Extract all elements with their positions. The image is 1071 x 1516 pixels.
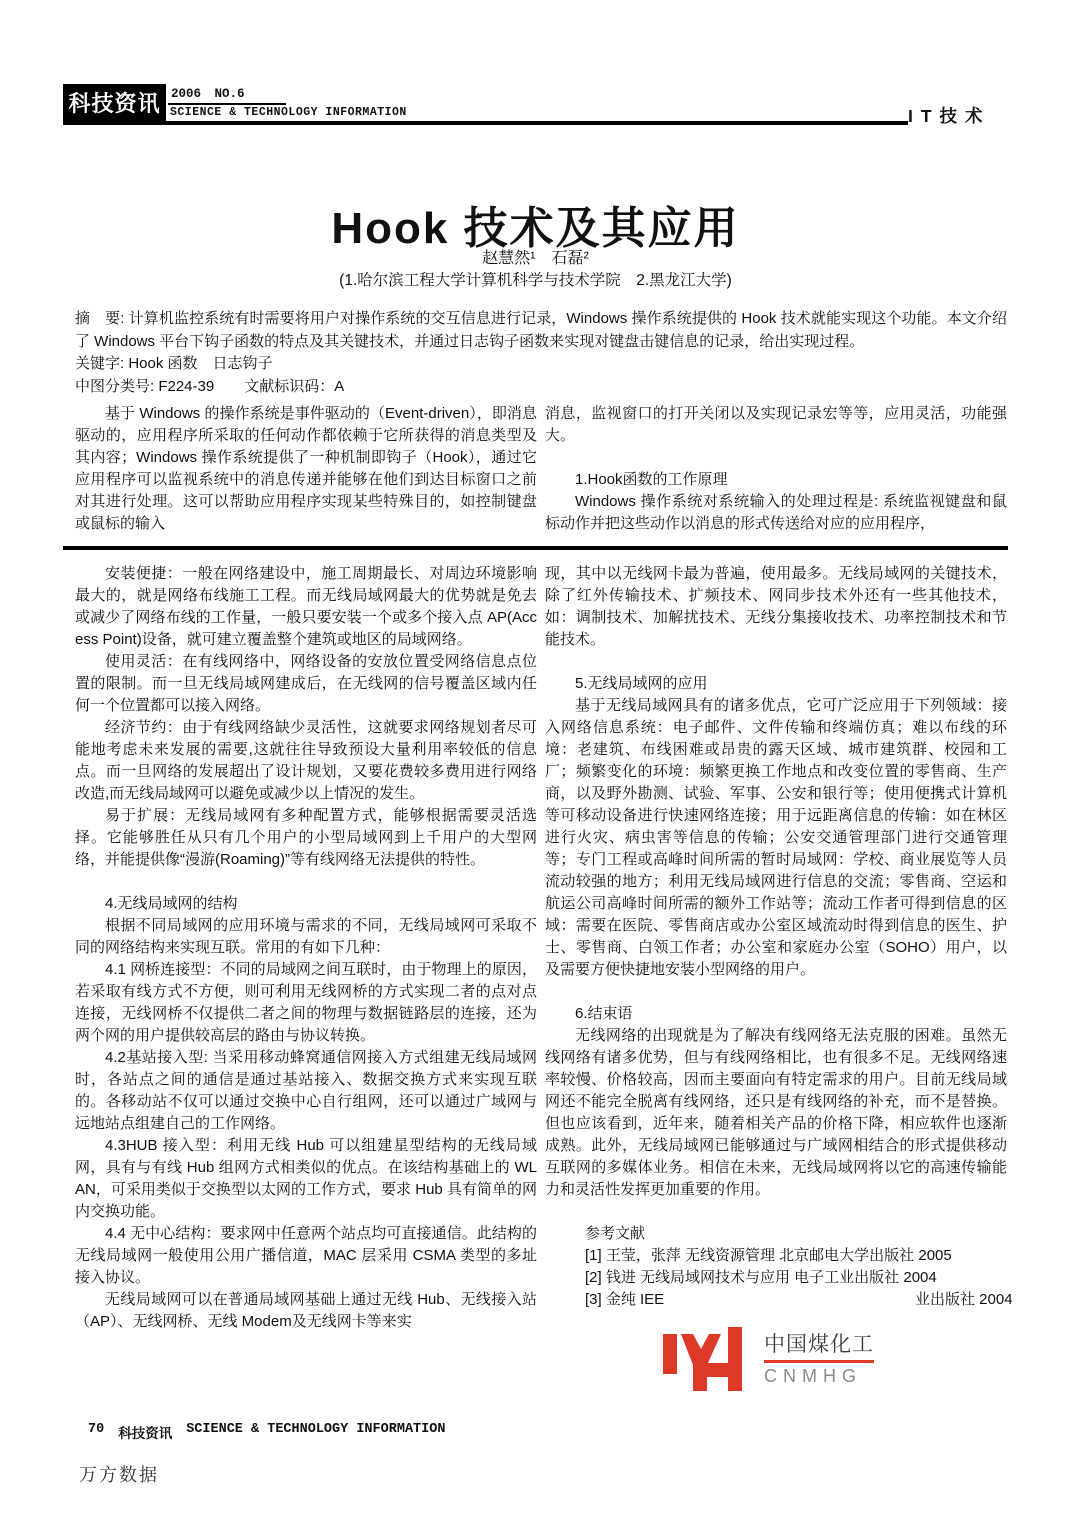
cnmhg-logo-mark-icon bbox=[662, 1327, 758, 1391]
references-title: 参考文献 bbox=[585, 1223, 1007, 1245]
section-heading-6: 6.结束语 bbox=[545, 1003, 1007, 1025]
body-left-column: 安装便捷：一般在网络建设中，施工周期最长、对周边环境影响最大的，就是网络布线施工… bbox=[75, 563, 537, 1333]
intro-continuation: 消息，监视窗口的打开关闭以及实现记录宏等等，应用灵活，功能强大。 bbox=[545, 403, 1007, 447]
reference-3-prefix: [3] 金纯 IEE bbox=[585, 1291, 664, 1308]
reference-item: [2] 钱进 无线局域网技术与应用 电子工业出版社 2004 bbox=[585, 1267, 1007, 1289]
paragraph: 4.2基站接入型: 当采用移动蜂窝通信网接入方式组建无线局域网时，各站点之间的通… bbox=[75, 1047, 537, 1135]
issue-underline bbox=[168, 103, 286, 105]
references-block: 参考文献 [1] 王莹，张萍 无线资源管理 北京邮电大学出版社 2005 [2]… bbox=[585, 1223, 1007, 1311]
journal-page: 科技资讯 2006 NO.6 SCIENCE & TECHNOLOGY INFO… bbox=[0, 0, 1071, 1516]
keywords-line: 关键字: Hook 函数 日志钩子 bbox=[75, 353, 1007, 376]
paragraph: 4.3HUB 接入型：利用无线 Hub 可以组建星型结构的无线局域网，具有与有线… bbox=[75, 1135, 537, 1223]
wanfang-watermark: 万方数据 bbox=[79, 1461, 159, 1487]
body-right-column: 现，其中以无线网卡最为普遍，使用最多。无线局域网的关键技术，除了红外传输技术、扩… bbox=[545, 563, 1007, 1311]
footer-journal-en: SCIENCE & TECHNOLOGY INFORMATION bbox=[186, 1422, 445, 1443]
abstract-text: 摘 要: 计算机监控系统有时需要将用户对操作系统的交互信息进行记录，Window… bbox=[75, 308, 1007, 353]
paragraph: 安装便捷：一般在网络建设中，施工周期最长、对周边环境影响最大的，就是网络布线施工… bbox=[75, 563, 537, 651]
journal-name-en: SCIENCE & TECHNOLOGY INFORMATION bbox=[170, 106, 407, 119]
paragraph: 易于扩展：无线局域网有多种配置方式，能够根据需要灵活选择。它能够胜任从只有几个用… bbox=[75, 805, 537, 871]
paragraph: 无线局域网可以在普通局域网基础上通过无线 Hub、无线接入站（AP）、无线网桥、… bbox=[75, 1289, 537, 1333]
reference-item: [3] 金纯 IEE 业出版社 2004 bbox=[585, 1289, 1007, 1311]
paragraph-continuation: 现，其中以无线网卡最为普遍，使用最多。无线局域网的关键技术，除了红外传输技术、扩… bbox=[545, 563, 1007, 651]
abstract-block: 摘 要: 计算机监控系统有时需要将用户对操作系统的交互信息进行记录，Window… bbox=[75, 308, 1007, 398]
intro-right-column: 消息，监视窗口的打开关闭以及实现记录宏等等，应用灵活，功能强大。 1.Hook函… bbox=[545, 403, 1007, 535]
page-number: 70 bbox=[88, 1422, 104, 1443]
cnmhg-underline bbox=[764, 1360, 874, 1363]
paragraph: 根据不同局域网的应用环境与需求的不同，无线局域网可采取不同的网络结构来实现互联。… bbox=[75, 915, 537, 959]
journal-name-cn: 科技资讯 bbox=[68, 87, 160, 118]
journal-masthead-box: 科技资讯 bbox=[63, 84, 166, 121]
header-rule bbox=[63, 121, 908, 125]
section-1-paragraph: Windows 操作系统对系统输入的处理过程是: 系统监视键盘和鼠标动作并把这些… bbox=[545, 491, 1007, 535]
reference-3-suffix: 业出版社 2004 bbox=[915, 1289, 1013, 1311]
paragraph: 4.4 无中心结构：要求网中任意两个站点均可直接通信。此结构的无线局域网一般使用… bbox=[75, 1223, 537, 1289]
classification-line: 中图分类号: F224-39 文献标识码：A bbox=[75, 376, 1007, 399]
page-footer: 70 科技资讯 SCIENCE & TECHNOLOGY INFORMATION bbox=[88, 1422, 445, 1443]
reference-item: [1] 王莹，张萍 无线资源管理 北京邮电大学出版社 2005 bbox=[585, 1245, 1007, 1267]
section-heading-1: 1.Hook函数的工作原理 bbox=[545, 469, 1007, 491]
footer-journal-cn: 科技资讯 bbox=[118, 1422, 172, 1443]
cnmhg-abbr: CNMHG bbox=[764, 1366, 874, 1387]
section-heading-5: 5.无线局域网的应用 bbox=[545, 673, 1007, 695]
article-affiliation: (1.哈尔滨工程大学计算机科学与技术学院 2.黑龙江大学) bbox=[63, 268, 1008, 290]
paragraph: 无线网络的出现就是为了解决有线网络无法克服的困难。虽然无线网络有诸多优势，但与有… bbox=[545, 1025, 1007, 1201]
paragraph: 基于无线局域网具有的诸多优点，它可广泛应用于下列领域：接入网络信息系统：电子邮件… bbox=[545, 695, 1007, 981]
paragraph: 经济节约：由于有线网络缺少灵活性，这就要求网络规划者尽可能地考虑未来发展的需要,… bbox=[75, 717, 537, 805]
article-authors: 赵慧然¹ 石磊² bbox=[63, 245, 1008, 268]
paragraph: 使用灵活：在有线网络中，网络设备的安放位置受网络信息点位置的限制。而一旦无线局域… bbox=[75, 651, 537, 717]
cnmhg-company-name: 中国煤化工 bbox=[764, 1328, 874, 1358]
paragraph: 4.1 网桥连接型：不同的局域网之间互联时，由于物理上的原因，若采取有线方式不方… bbox=[75, 959, 537, 1047]
intro-left-column: 基于 Windows 的操作系统是事件驱动的（Event-driven），即消息… bbox=[75, 403, 537, 535]
cnmhg-logo-text: 中国煤化工 CNMHG bbox=[764, 1328, 874, 1387]
section-heading-4: 4.无线局域网的结构 bbox=[75, 893, 537, 915]
journal-issue: 2006 NO.6 bbox=[171, 87, 245, 101]
intro-paragraph: 基于 Windows 的操作系统是事件驱动的（Event-driven），即消息… bbox=[75, 403, 537, 535]
cnmhg-logo: 中国煤化工 CNMHG bbox=[656, 1324, 884, 1396]
column-category: IT技术 bbox=[908, 103, 991, 128]
article-divider-rule bbox=[63, 546, 1008, 550]
